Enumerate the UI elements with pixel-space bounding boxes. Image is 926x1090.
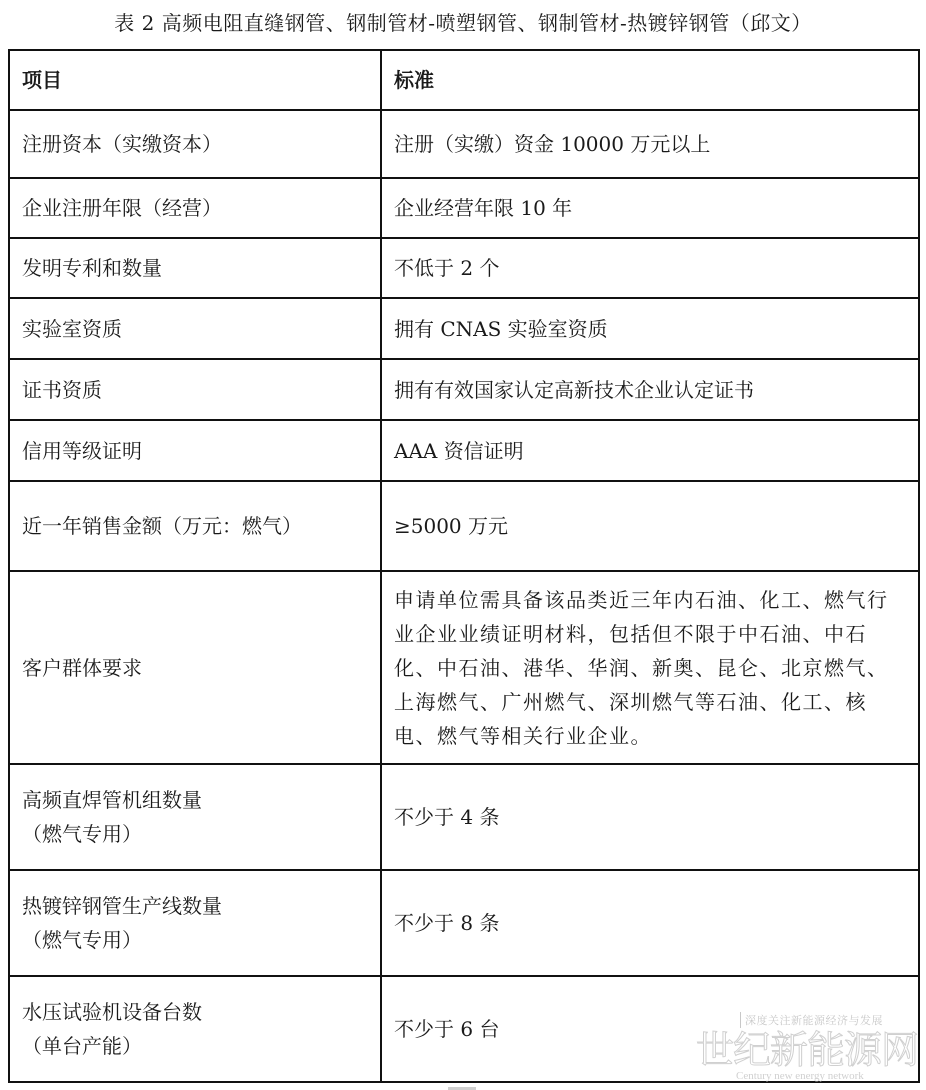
table-row: 证书资质 拥有有效国家认定高新技术企业认定证书 bbox=[9, 359, 919, 420]
table-row: 客户群体要求 申请单位需具备该品类近三年内石油、化工、燃气行业企业业绩证明材料，… bbox=[9, 571, 919, 764]
header-standard: 标准 bbox=[381, 50, 919, 110]
row-item-note: （燃气专用） bbox=[22, 817, 368, 851]
row-standard: 不少于 4 条 bbox=[381, 764, 919, 870]
header-item: 项目 bbox=[9, 50, 381, 110]
row-item: 高频直焊管机组数量 （燃气专用） bbox=[9, 764, 381, 870]
table-caption: 表 2 高频电阻直缝钢管、钢制管材-喷塑钢管、钢制管材-热镀锌钢管（邱文） bbox=[0, 8, 926, 38]
row-item: 发明专利和数量 bbox=[9, 238, 381, 298]
row-standard: 不少于 6 台 bbox=[381, 976, 919, 1082]
table-row: 企业注册年限（经营） 企业经营年限 10 年 bbox=[9, 178, 919, 238]
table-row: 信用等级证明 AAA 资信证明 bbox=[9, 420, 919, 481]
row-standard: 注册（实缴）资金 10000 万元以上 bbox=[381, 110, 919, 178]
table-row: 近一年销售金额（万元：燃气） ≥5000 万元 bbox=[9, 481, 919, 571]
row-standard: 拥有有效国家认定高新技术企业认定证书 bbox=[381, 359, 919, 420]
row-item-note: （单台产能） bbox=[22, 1029, 368, 1063]
row-standard: 不少于 8 条 bbox=[381, 870, 919, 976]
table-row: 发明专利和数量 不低于 2 个 bbox=[9, 238, 919, 298]
row-item-label: 水压试验机设备台数 bbox=[22, 995, 368, 1029]
row-item: 企业注册年限（经营） bbox=[9, 178, 381, 238]
row-item: 水压试验机设备台数 （单台产能） bbox=[9, 976, 381, 1082]
row-standard: 申请单位需具备该品类近三年内石油、化工、燃气行业企业业绩证明材料，包括但不限于中… bbox=[381, 571, 919, 764]
row-item: 近一年销售金额（万元：燃气） bbox=[9, 481, 381, 571]
table-row: 高频直焊管机组数量 （燃气专用） 不少于 4 条 bbox=[9, 764, 919, 870]
row-item-note: （燃气专用） bbox=[22, 923, 368, 957]
row-standard: 拥有 CNAS 实验室资质 bbox=[381, 298, 919, 359]
row-item: 注册资本（实缴资本） bbox=[9, 110, 381, 178]
table-row: 注册资本（实缴资本） 注册（实缴）资金 10000 万元以上 bbox=[9, 110, 919, 178]
row-item-label: 热镀锌钢管生产线数量 bbox=[22, 889, 368, 923]
row-item: 证书资质 bbox=[9, 359, 381, 420]
row-standard: 企业经营年限 10 年 bbox=[381, 178, 919, 238]
table-row: 热镀锌钢管生产线数量 （燃气专用） 不少于 8 条 bbox=[9, 870, 919, 976]
qualification-table: 项目 标准 注册资本（实缴资本） 注册（实缴）资金 10000 万元以上 企业注… bbox=[8, 49, 920, 1083]
row-item-label: 高频直焊管机组数量 bbox=[22, 783, 368, 817]
row-standard: ≥5000 万元 bbox=[381, 481, 919, 571]
table-row: 水压试验机设备台数 （单台产能） 不少于 6 台 bbox=[9, 976, 919, 1082]
row-item: 实验室资质 bbox=[9, 298, 381, 359]
row-standard: 不低于 2 个 bbox=[381, 238, 919, 298]
row-item: 热镀锌钢管生产线数量 （燃气专用） bbox=[9, 870, 381, 976]
row-item: 客户群体要求 bbox=[9, 571, 381, 764]
table-row: 实验室资质 拥有 CNAS 实验室资质 bbox=[9, 298, 919, 359]
row-standard: AAA 资信证明 bbox=[381, 420, 919, 481]
row-item: 信用等级证明 bbox=[9, 420, 381, 481]
table-header-row: 项目 标准 bbox=[9, 50, 919, 110]
